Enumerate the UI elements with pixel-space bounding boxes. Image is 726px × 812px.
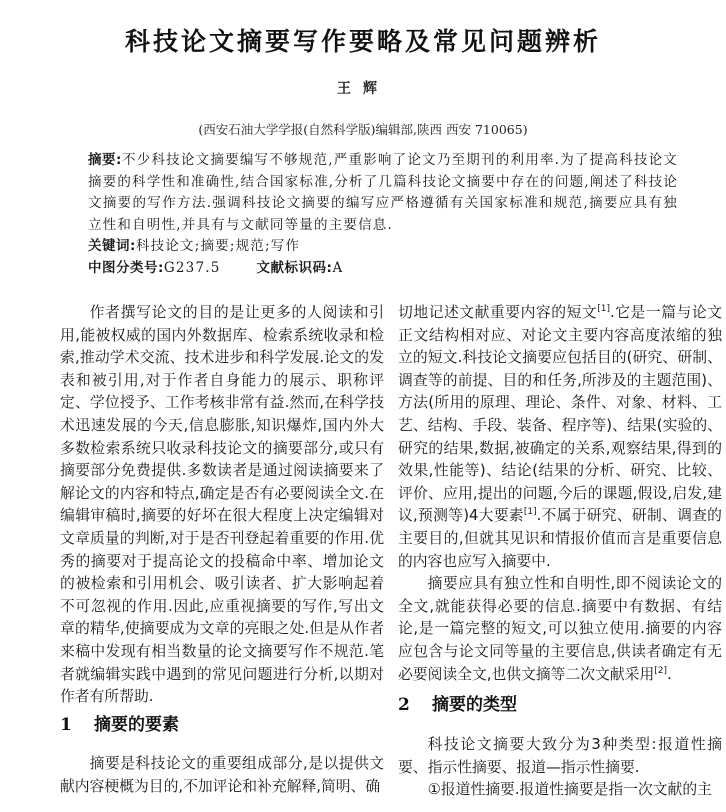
abstract-block: 摘要:不少科技论文摘要编写不够规范,严重影响了论文乃至期刊的利用率.为了提高科技… <box>88 150 678 279</box>
section-2-number: 2 <box>398 695 432 715</box>
keywords-value: 科技论文;摘要;规范;写作 <box>136 238 300 254</box>
independence-paragraph: 摘要应具有独立性和自明性,即不阅读论文的全文,就能获得必要的信息.摘要中有数据、… <box>398 573 722 686</box>
classification-line: 中图分类号:G237.5文献标识码:A <box>88 258 678 280</box>
author-name: 王辉 <box>0 78 726 98</box>
abstract-paragraph: 摘要:不少科技论文摘要编写不够规范,严重影响了论文乃至期刊的利用率.为了提高科技… <box>88 150 678 236</box>
section-2-heading: 2摘要的类型 <box>398 690 517 715</box>
abstract-text: 不少科技论文摘要编写不够规范,严重影响了论文乃至期刊的利用率.为了提高科技论文摘… <box>88 152 678 233</box>
text-span: .它是一篇与论文正文结构相对应、对论文主要内容高度浓缩的独立的短文.科技论文摘要… <box>398 304 722 524</box>
doc-code-value: A <box>332 260 343 276</box>
clc-value: G237.5 <box>164 260 221 276</box>
text-span: . <box>667 666 672 683</box>
section-2-paragraph-2: ①报道性摘要.报道性摘要是指一次文献的主 <box>398 779 722 802</box>
section-1-body: 摘要是科技论文的重要组成部分,是以提供文献内容梗概为目的,不加评论和补充解释,简… <box>60 753 384 798</box>
doc-code-label: 文献标识码: <box>257 260 333 276</box>
elements-paragraph: 切地记述文献重要内容的短文[1].它是一篇与论文正文结构相对应、对论文主要内容高… <box>398 302 722 573</box>
section-2-title: 摘要的类型 <box>432 695 517 715</box>
section-1-paragraph: 摘要是科技论文的重要组成部分,是以提供文献内容梗概为目的,不加评论和补充解释,简… <box>60 753 384 798</box>
section-1-number: 1 <box>60 715 94 735</box>
text-span: 切地记述文献重要内容的短文 <box>398 304 597 321</box>
right-column: 切地记述文献重要内容的短文[1].它是一篇与论文正文结构相对应、对论文主要内容高… <box>398 302 722 686</box>
keywords-label: 关键词: <box>88 238 136 254</box>
section-1-title: 摘要的要素 <box>94 715 179 735</box>
keywords-line: 关键词:科技论文;摘要;规范;写作 <box>88 236 678 258</box>
citation-ref-1b: [1] <box>524 507 537 517</box>
section-1-heading: 1摘要的要素 <box>60 710 179 735</box>
paper-title: 科技论文摘要写作要略及常见问题辨析 <box>0 22 726 58</box>
citation-ref-1: [1] <box>597 304 610 314</box>
citation-ref-2: [2] <box>654 666 667 676</box>
intro-paragraph: 作者撰写论文的目的是让更多的人阅读和引用,能被权威的国内外数据库、检索系统收录和… <box>60 302 384 709</box>
section-2-body: 科技论文摘要大致分为3种类型:报道性摘要、指示性摘要、报道—指示性摘要. ①报道… <box>398 734 722 802</box>
left-column: 作者撰写论文的目的是让更多的人阅读和引用,能被权威的国内外数据库、检索系统收录和… <box>60 302 384 709</box>
section-2-paragraph-1: 科技论文摘要大致分为3种类型:报道性摘要、指示性摘要、报道—指示性摘要. <box>398 734 722 779</box>
abstract-label: 摘要: <box>88 152 122 168</box>
author-affiliation: (西安石油大学学报(自然科学版)编辑部,陕西 西安 710065) <box>0 120 726 138</box>
text-span: 摘要应具有独立性和自明性,即不阅读论文的全文,就能获得必要的信息.摘要中有数据、… <box>398 575 722 682</box>
clc-label: 中图分类号: <box>88 260 164 276</box>
